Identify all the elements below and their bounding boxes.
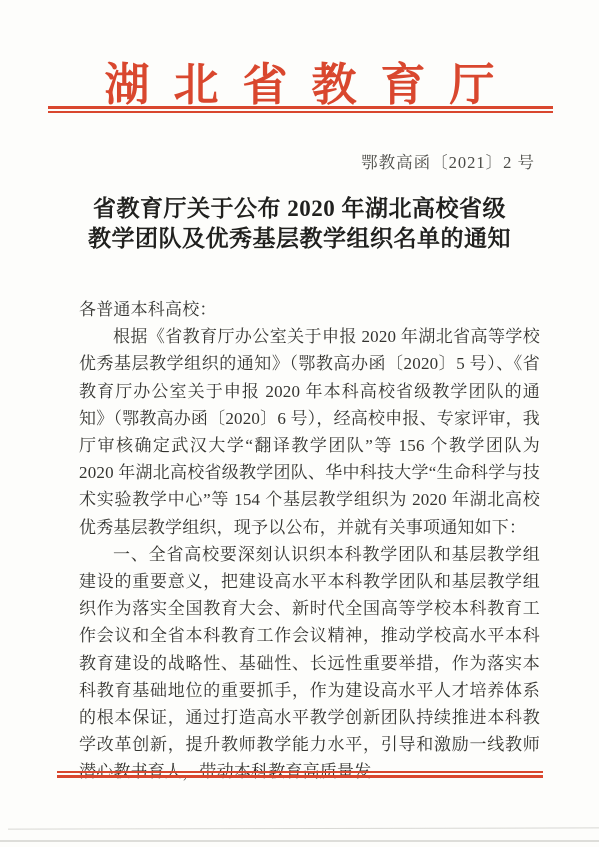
document-title-line1: 省教育厅关于公布 2020 年湖北高校省级 (50, 194, 549, 224)
document-title: 省教育厅关于公布 2020 年湖北高校省级 教学团队及优秀基层教学组织名单的通知 (50, 194, 549, 254)
body-paragraph: 根据《省教育厅办公室关于申报 2020 年湖北省高等学校优秀基层教学组织的通知》… (79, 323, 540, 541)
body-paragraphs: 根据《省教育厅办公室关于申报 2020 年湖北省高等学校优秀基层教学组织的通知》… (79, 323, 540, 785)
document-body: 各普通本科高校： 根据《省教育厅办公室关于申报 2020 年湖北省高等学校优秀基… (79, 296, 540, 786)
footer-rule-bottom-bar (57, 775, 543, 778)
document-title-line2: 教学团队及优秀基层教学组织名单的通知 (50, 224, 549, 254)
scan-edge-artifact-line (8, 827, 599, 829)
salutation: 各普通本科高校： (79, 296, 540, 323)
footer-double-rule (57, 771, 543, 778)
document-number: 鄂教高函〔2021〕2 号 (361, 149, 535, 173)
header-double-rule (48, 106, 553, 113)
page-bottom-edge-line (0, 840, 599, 842)
scanned-document-page: 湖北省教育厅 鄂教高函〔2021〕2 号 省教育厅关于公布 2020 年湖北高校… (0, 0, 599, 847)
body-paragraph: 一、全省高校要深刻认识织本科教学团队和基层教学组建设的重要意义，把建设高水平本科… (79, 541, 540, 786)
header-rule-bottom-bar (48, 111, 553, 113)
agency-header: 湖北省教育厅 (0, 48, 599, 113)
